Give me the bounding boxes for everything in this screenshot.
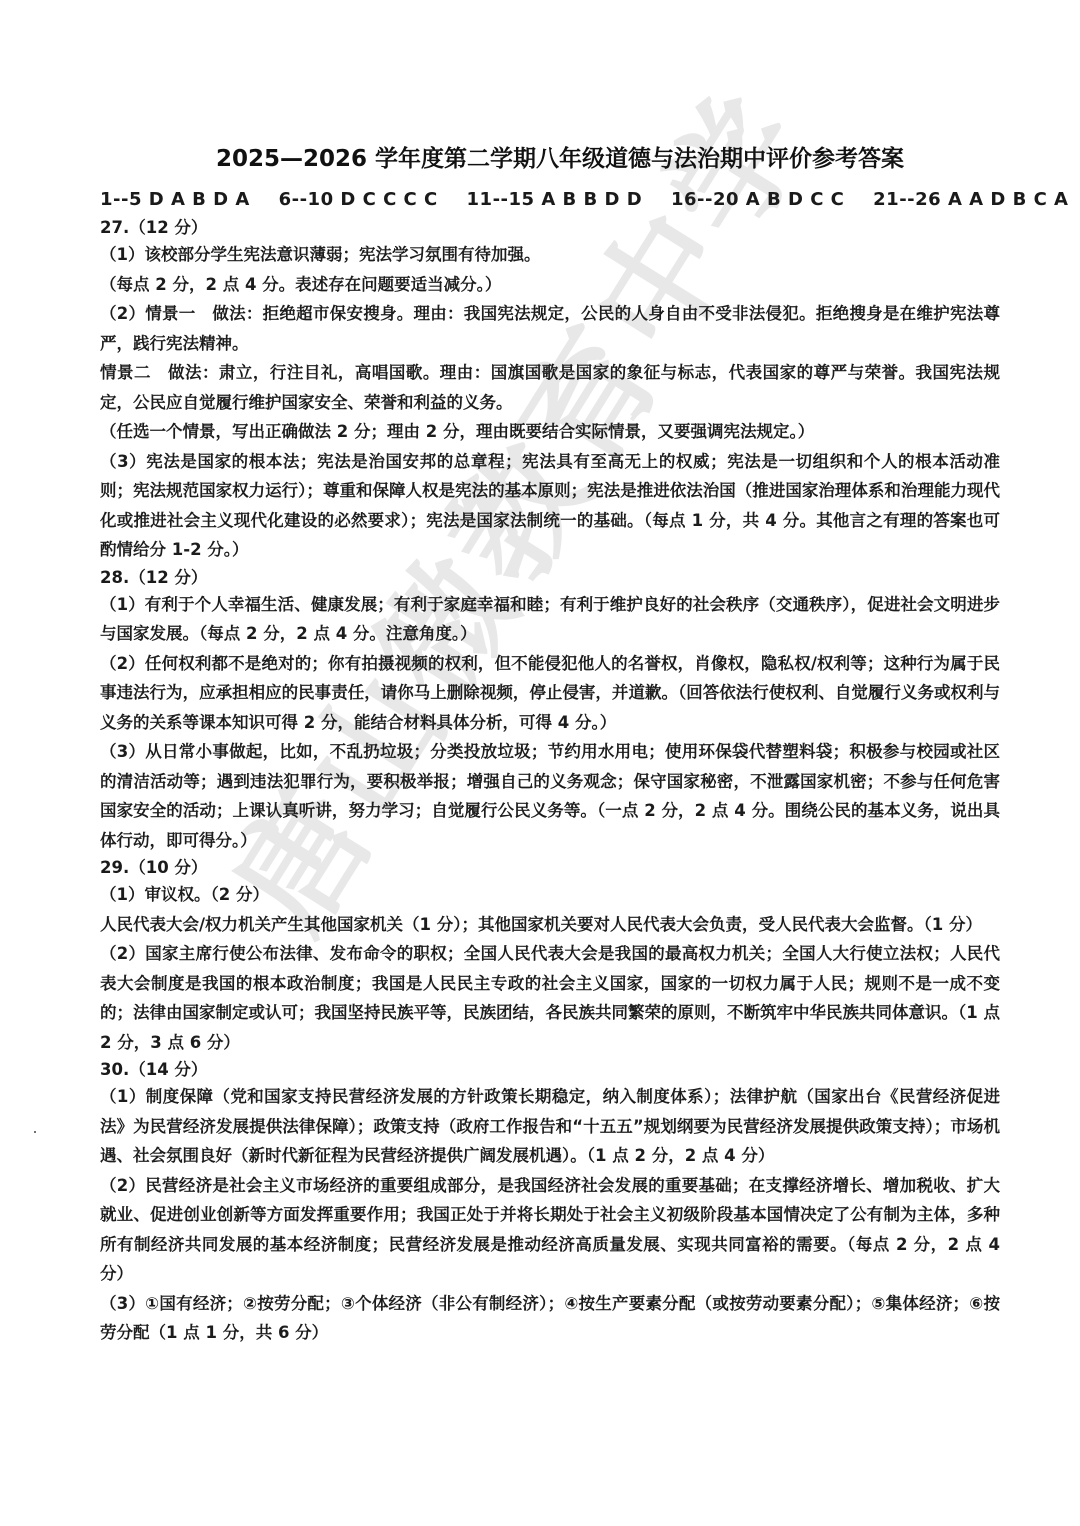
scan-speck (34, 1131, 36, 1133)
mcq-answers: A B B D D (541, 189, 642, 210)
mcq-group: 6--10 D C C C C (279, 189, 438, 210)
question-heading: 27.（12 分） (100, 215, 1000, 240)
question-28: 28.（12 分） （1）有利于个人幸福生活、健康发展；有利于家庭幸福和睦；有利… (100, 565, 1000, 856)
question-27: 27.（12 分） （1）该校部分学生宪法意识薄弱；宪法学习氛围有待加强。 （每… (100, 215, 1000, 565)
answer-paragraph: （1）有利于个人幸福生活、健康发展；有利于家庭幸福和睦；有利于维护良好的社会秩序… (100, 590, 1000, 649)
mcq-answers: A A D B C A (948, 189, 1069, 210)
mcq-range: 21--26 (873, 189, 941, 210)
mcq-range: 1--5 (100, 189, 142, 210)
scoring-note: （每点 2 分，2 点 4 分。表述存在问题要适当减分。） (100, 270, 1000, 300)
question-heading: 28.（12 分） (100, 565, 1000, 590)
answer-paragraph: 情景二 做法：肃立，行注目礼，高唱国歌。理由：国旗国歌是国家的象征与标志，代表国… (100, 358, 1000, 417)
mcq-answers: A B D C C (746, 189, 845, 210)
scoring-note: （任选一个情景，写出正确做法 2 分；理由 2 分，理由既要结合实际情景，又要强… (100, 417, 1000, 447)
mcq-range: 11--15 (467, 189, 535, 210)
multiple-choice-answers: 1--5 D A B D A 6--10 D C C C C 11--15 A … (100, 187, 1000, 213)
question-heading: 29.（10 分） (100, 855, 1000, 880)
answer-paragraph: （2）国家主席行使公布法律、发布命令的职权；全国人民代表大会是我国的最高权力机关… (100, 939, 1000, 1057)
document-title: 2025—2026 学年度第二学期八年级道德与法治期中评价参考答案 (100, 140, 1000, 173)
mcq-group: 11--15 A B B D D (467, 189, 643, 210)
mcq-answers: D A B D A (149, 189, 250, 210)
mcq-range: 6--10 (279, 189, 334, 210)
mcq-answers: D C C C C (340, 189, 437, 210)
mcq-group: 21--26 A A D B C A (873, 189, 1068, 210)
answer-paragraph: （2）任何权利都不是绝对的；你有拍摄视频的权利，但不能侵犯他人的名誉权，肖像权，… (100, 649, 1000, 738)
answer-paragraph: （3）从日常小事做起，比如，不乱扔垃圾；分类投放垃圾；节约用水用电；使用环保袋代… (100, 737, 1000, 855)
answer-key-document: 2025—2026 学年度第二学期八年级道德与法治期中评价参考答案 1--5 D… (100, 140, 1000, 1348)
question-heading: 30.（14 分） (100, 1057, 1000, 1082)
answer-paragraph: （1）审议权。（2 分） (100, 880, 1000, 910)
answer-paragraph: 人民代表大会/权力机关产生其他国家机关（1 分）；其他国家机关要对人民代表大会负… (100, 910, 1000, 940)
answer-paragraph: （1）制度保障（党和国家支持民营经济发展的方针政策长期稳定，纳入制度体系）；法律… (100, 1082, 1000, 1171)
answer-paragraph: （2）情景一 做法：拒绝超市保安搜身。理由：我国宪法规定，公民的人身自由不受非法… (100, 299, 1000, 358)
mcq-group: 16--20 A B D C C (671, 189, 844, 210)
question-29: 29.（10 分） （1）审议权。（2 分） 人民代表大会/权力机关产生其他国家… (100, 855, 1000, 1057)
answer-paragraph: （2）民营经济是社会主义市场经济的重要组成部分，是我国经济社会发展的重要基础；在… (100, 1171, 1000, 1289)
mcq-range: 16--20 (671, 189, 739, 210)
answer-paragraph: （1）该校部分学生宪法意识薄弱；宪法学习氛围有待加强。 (100, 240, 1000, 270)
answer-paragraph: （3）①国有经济；②按劳分配；③个体经济（非公有制经济）；④按生产要素分配（或按… (100, 1289, 1000, 1348)
question-30: 30.（14 分） （1）制度保障（党和国家支持民营经济发展的方针政策长期稳定，… (100, 1057, 1000, 1348)
answer-paragraph: （3）宪法是国家的根本法；宪法是治国安邦的总章程；宪法具有至高无上的权威；宪法是… (100, 447, 1000, 565)
mcq-group: 1--5 D A B D A (100, 189, 250, 210)
